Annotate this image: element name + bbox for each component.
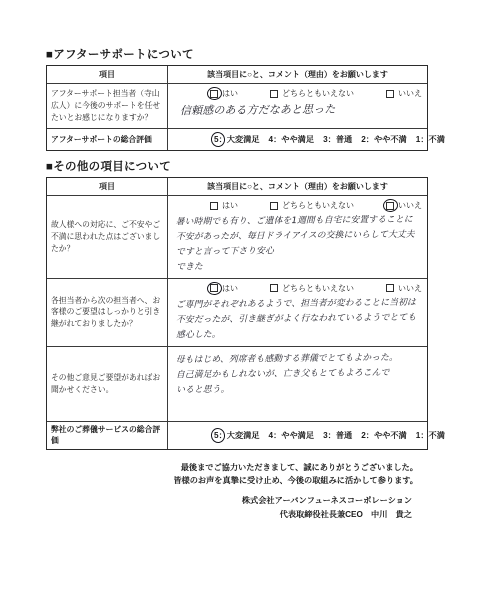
rating-sep: ： — [420, 430, 428, 441]
closing-block: 最後までご協力いただきまして、誠にありがとうございました。 皆様のお声を真摯に受… — [46, 462, 418, 522]
rating-option-2: 2：やや不満 — [361, 430, 407, 441]
rating-label: やや満足 — [281, 134, 314, 145]
question-text: 弊社のご葬儀サービスの総合評価 — [47, 422, 168, 449]
signature-block: 株式会社アーバンフューネスコーポレーション 代表取締役社長兼CEO 中川 貴之 — [46, 494, 418, 522]
table-row-q3: その他ご意見ご要望があればお聞かせください。 母もはじめ、列席者も感動する葬儀で… — [47, 346, 427, 421]
rating-label: やや不満 — [374, 430, 407, 441]
section-other-items: ■その他の項目について 項目 該当項目に○と、コメント（理由）をお願いします 故… — [46, 158, 428, 450]
rating-value: 3 — [323, 431, 328, 440]
rating-label: やや不満 — [374, 134, 407, 145]
scanned-survey-page: ■アフターサポートについて 項目 該当項目に○と、コメント（理由）をお願いします… — [0, 0, 428, 522]
closing-line-1: 最後までご協力いただきまして、誠にありがとうございました。 — [46, 462, 418, 475]
rating-label: やや満足 — [281, 430, 314, 441]
after-support-table: 項目 該当項目に○と、コメント（理由）をお願いします アフターサポート担当者（寺… — [46, 65, 428, 151]
table-row-rating: 弊社のご葬儀サービスの総合評価 5：大変満足 4：やや満足 3：普通 2：やや不… — [47, 421, 427, 449]
rating-sep: ： — [366, 134, 374, 145]
column-header-response: 該当項目に○と、コメント（理由）をお願いします — [168, 66, 427, 83]
option-label: どちらともいえない — [282, 200, 354, 211]
option-label: いいえ — [398, 283, 422, 294]
table-header-row: 項目 該当項目に○と、コメント（理由）をお願いします — [47, 66, 427, 83]
question-text: アフターサポート担当者（寺山 広人）に今後のサポートを任せたいとお感じになります… — [47, 84, 168, 128]
handwritten-comment: ご専門がそれぞれあるようで、担当者が変わることに当初は 不安だったが、引き継ぎが… — [176, 296, 423, 343]
checkbox-group: はい どちらともいえない いいえ — [172, 86, 423, 99]
rating-value: 2 — [361, 431, 366, 440]
rating-label: 大変満足 — [227, 430, 260, 441]
question-text: その他ご意見ご要望があればお聞かせください。 — [47, 347, 168, 421]
rating-option-5: 5：大変満足 — [214, 430, 260, 441]
rating-value-circled: 5 — [214, 431, 219, 440]
handwritten-comment: 暑い時期でも有り、ご遺体を1週間も自宅に安置することに 不安があったが、毎日ドラ… — [176, 213, 424, 275]
checkbox-option-neutral: どちらともいえない — [270, 200, 354, 211]
rating-value: 1 — [416, 431, 421, 440]
checkbox-option-neutral: どちらともいえない — [270, 88, 354, 99]
table-row-rating: アフターサポートの総合評価 5：大変満足 4：やや満足 3：普通 2：やや不満 … — [47, 128, 427, 150]
question-text: アフターサポートの総合評価 — [47, 129, 168, 150]
rating-label: 不満 — [429, 134, 445, 145]
rating-label: 大変満足 — [227, 134, 260, 145]
question-text: 故人様への対応に、ご不安やご不満に思われた点はございましたか？ — [47, 196, 168, 278]
company-name: 株式会社アーバンフューネスコーポレーション — [46, 494, 412, 508]
checkbox-icon — [270, 284, 278, 292]
response-cell: はい どちらともいえない いいえ ご専門がそれぞれあるようで、担当者が変わること… — [168, 279, 427, 346]
checkbox-icon — [210, 90, 218, 98]
checkbox-group: はい どちらともいえない いいえ — [172, 281, 423, 294]
column-header-response: 該当項目に○と、コメント（理由）をお願いします — [168, 178, 427, 195]
rating-sep: ： — [328, 430, 336, 441]
rating-value: 1 — [416, 135, 421, 144]
rating-option-3: 3：普通 — [323, 134, 352, 145]
column-header-item: 項目 — [47, 66, 168, 83]
checkbox-option-no: いいえ — [386, 283, 422, 294]
response-cell: はい どちらともいえない いいえ 信頼感のある方だなあと思った — [168, 84, 427, 128]
checkbox-icon — [386, 90, 394, 98]
checkbox-icon — [210, 284, 218, 292]
rating-scale: 5：大変満足 4：やや満足 3：普通 2：やや不満 1：不満 — [168, 422, 427, 449]
option-label: どちらともいえない — [282, 88, 354, 99]
rating-option-4: 4：やや満足 — [269, 430, 315, 441]
rating-sep: ： — [420, 134, 428, 145]
rating-value: 2 — [361, 135, 366, 144]
rating-option-4: 4：やや満足 — [269, 134, 315, 145]
checkbox-option-yes: はい — [210, 283, 238, 294]
table-row-q2: 各担当者から次の担当者へ、お客様のご要望はしっかりと引き継がれておりましたか？ … — [47, 278, 427, 346]
option-label: はい — [222, 283, 238, 294]
section-title-other-items: ■その他の項目について — [46, 158, 428, 174]
section-after-support: ■アフターサポートについて 項目 該当項目に○と、コメント（理由）をお願いします… — [46, 46, 428, 151]
other-items-table: 項目 該当項目に○と、コメント（理由）をお願いします 故人様への対応に、ご不安や… — [46, 177, 428, 450]
response-cell: はい どちらともいえない いいえ 暑い時期でも有り、ご遺体を1週間も自宅に安置す… — [168, 196, 427, 278]
rating-option-3: 3：普通 — [323, 430, 352, 441]
rating-label: 普通 — [336, 134, 352, 145]
checkbox-group: はい どちらともいえない いいえ — [172, 198, 423, 211]
rating-value: 4 — [269, 135, 274, 144]
table-header-row: 項目 該当項目に○と、コメント（理由）をお願いします — [47, 178, 427, 195]
option-label: はい — [222, 200, 238, 211]
rating-label: 不満 — [429, 430, 445, 441]
rating-option-2: 2：やや不満 — [361, 134, 407, 145]
signer-name: 代表取締役社長兼CEO 中川 貴之 — [46, 508, 412, 522]
checkbox-option-no: いいえ — [386, 88, 422, 99]
question-text: 各担当者から次の担当者へ、お客様のご要望はしっかりと引き継がれておりましたか？ — [47, 279, 168, 346]
checkbox-option-yes: はい — [210, 88, 238, 99]
rating-value: 4 — [269, 431, 274, 440]
checkbox-option-yes: はい — [210, 200, 238, 211]
closing-line-2: 皆様のお声を真摯に受け止め、今後の取組みに活かして参ります。 — [46, 475, 418, 488]
option-label: どちらともいえない — [282, 283, 354, 294]
rating-option-5: 5：大変満足 — [214, 134, 260, 145]
rating-value-circled: 5 — [214, 135, 219, 144]
handwritten-comment: 母もはじめ、列席者も感動する葬儀でとてもよかった。 自己満足かもしれないが、亡き… — [176, 350, 423, 397]
option-label: いいえ — [398, 200, 422, 211]
table-row-q1: 故人様への対応に、ご不安やご不満に思われた点はございましたか？ はい どちらとも… — [47, 195, 427, 278]
response-cell: 母もはじめ、列席者も感動する葬儀でとてもよかった。 自己満足かもしれないが、亡き… — [168, 347, 427, 421]
checkbox-icon — [270, 90, 278, 98]
checkbox-option-neutral: どちらともいえない — [270, 283, 354, 294]
rating-scale: 5：大変満足 4：やや満足 3：普通 2：やや不満 1：不満 — [168, 129, 427, 150]
rating-option-1: 1：不満 — [416, 430, 445, 441]
checkbox-icon — [386, 284, 394, 292]
column-header-item: 項目 — [47, 178, 168, 195]
rating-sep: ： — [273, 430, 281, 441]
rating-option-1: 1：不満 — [416, 134, 445, 145]
checkbox-icon — [386, 202, 394, 210]
rating-sep: ： — [273, 134, 281, 145]
section-title-after-support: ■アフターサポートについて — [46, 46, 428, 62]
rating-label: 普通 — [336, 430, 352, 441]
handwritten-comment: 信頼感のある方だなあと思った — [180, 101, 423, 119]
checkbox-option-no: いいえ — [386, 200, 422, 211]
option-label: はい — [222, 88, 238, 99]
option-label: いいえ — [398, 88, 422, 99]
checkbox-icon — [270, 202, 278, 210]
rating-sep: ： — [328, 134, 336, 145]
table-row-q1: アフターサポート担当者（寺山 広人）に今後のサポートを任せたいとお感じになります… — [47, 83, 427, 128]
rating-value: 3 — [323, 135, 328, 144]
rating-sep: ： — [366, 430, 374, 441]
checkbox-icon — [210, 202, 218, 210]
